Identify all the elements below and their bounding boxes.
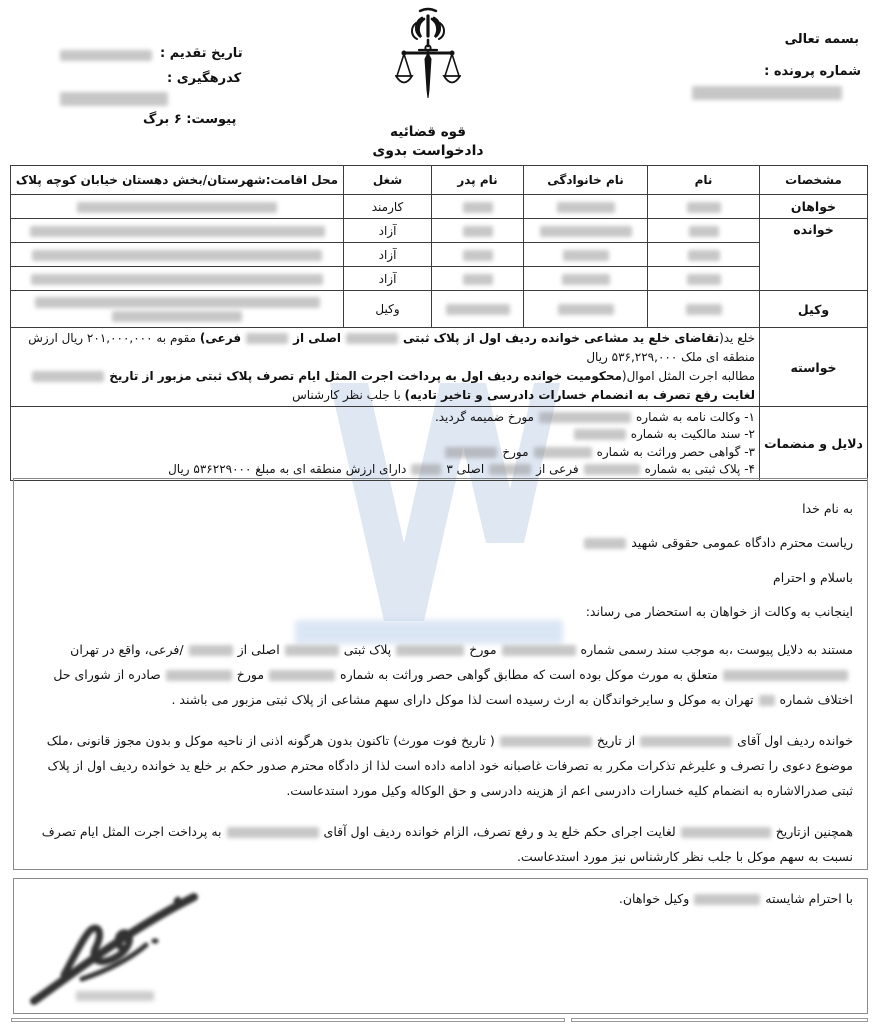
first-name-redacted [648, 219, 760, 243]
bottom-cutoff-strip-right [571, 1018, 868, 1022]
first-name-redacted [648, 291, 760, 328]
signature-caption-redacted [76, 991, 154, 1001]
submission-date-redacted [60, 50, 152, 61]
table-row-defendant-1: خوانده آزاد [11, 219, 868, 243]
col-header-father-name: نام پدر [432, 166, 524, 195]
residence-redacted [11, 291, 344, 328]
claim-line1-bold3: فرعی) [200, 331, 241, 345]
bismillah: بسمه تعالی [785, 32, 859, 47]
paragraph-1: مستند به دلایل پیوست ،به موجب سند رسمی ش… [24, 637, 853, 712]
claim-line2-pre: مطالبه اجرت المثل اموال( [622, 369, 755, 383]
evidence-redacted [584, 464, 640, 475]
p1-redacted [189, 645, 233, 656]
occupation-value: آزاد [344, 243, 432, 267]
last-name-redacted [524, 291, 648, 328]
table-row-defendant-3: آزاد [11, 267, 868, 291]
col-header-occupation: شغل [344, 166, 432, 195]
addressee-redacted [584, 538, 626, 549]
p1-redacted [723, 670, 848, 681]
attachments-label: پیوست: ۶ برگ [143, 112, 236, 127]
bottom-cutoff-strip-left [11, 1018, 565, 1022]
submission-date-label: تاریخ تقدیم : [160, 46, 243, 61]
paragraph-3: همچنین ازتاریخلغایت اجرای حکم خلع ید و ر… [24, 819, 853, 869]
p1-redacted [269, 670, 335, 681]
claim-line2-post: با جلب نظر کارشناس [292, 388, 401, 402]
p1-redacted [396, 645, 464, 656]
col-header-first-name: نام [648, 166, 760, 195]
tracking-code-label: کدرهگیری : [167, 71, 241, 86]
last-name-redacted [524, 267, 648, 291]
p3-redacted [227, 827, 319, 838]
claim-text: خلع ید(تقاضای خلع ید مشاعی خوانده ردیف ا… [11, 328, 760, 407]
occupation-value: آزاد [344, 219, 432, 243]
p1-redacted [166, 670, 232, 681]
addressee-line: ریاست محترم دادگاه عمومی حقوقی شهید [24, 533, 853, 552]
row-label: خواهان [760, 195, 868, 219]
table-header-row: مشخصات نام نام خانوادگی نام پدر شغل محل … [11, 166, 868, 195]
evidence-item-3: ۳- گواهی حصر وراثت به شمارهمورخ [15, 444, 755, 462]
row-label: خوانده [760, 219, 868, 291]
authority-title: قوه قضائیه [358, 124, 498, 140]
salutation: باسلام و احترام [24, 568, 853, 587]
claim-label: خواسته [760, 328, 868, 407]
petition-document: بسمه تعالی شماره پرونده : تاریخ تقدیم : … [0, 0, 879, 1024]
p2-redacted [640, 736, 732, 747]
residence-redacted [11, 243, 344, 267]
first-name-redacted [648, 195, 760, 219]
claim-redacted-2 [246, 333, 288, 344]
claim-row: خواسته خلع ید(تقاضای خلع ید مشاعی خوانده… [11, 328, 868, 407]
father-name-redacted [432, 243, 524, 267]
father-name-redacted [432, 219, 524, 243]
evidence-row: دلایل و منضمات ۱- وکالت نامه به شمارهمور… [11, 407, 868, 481]
p1-redacted [759, 695, 775, 706]
p1-redacted [502, 645, 576, 656]
first-name-redacted [648, 267, 760, 291]
intro-line: اینجانب به وکالت از خواهان به استحضار می… [24, 602, 853, 621]
residence-redacted [11, 267, 344, 291]
evidence-redacted [489, 464, 531, 475]
father-name-redacted [432, 195, 524, 219]
residence-redacted [11, 195, 344, 219]
signature-box [13, 878, 868, 1014]
evidence-redacted [539, 412, 631, 423]
tracking-code-redacted [60, 92, 168, 106]
claim-line2-bold1: محکومیت خوانده ردیف اول به پرداخت اجرت ا… [109, 369, 622, 383]
p1-redacted [285, 645, 339, 656]
evidence-label: دلایل و منضمات [760, 407, 868, 481]
petition-body: به نام خدا ریاست محترم دادگاه عمومی حقوق… [13, 478, 868, 870]
evidence-redacted [574, 429, 626, 440]
occupation-value: وکیل [344, 291, 432, 328]
evidence-item-4: ۴- پلاک ثبتی به شمارهفرعی ازاصلی ۳دارای … [15, 461, 755, 479]
parties-table: مشخصات نام نام خانوادگی نام پدر شغل محل … [10, 165, 868, 481]
occupation-value: کارمند [344, 195, 432, 219]
evidence-redacted [445, 447, 497, 458]
evidence-item-1: ۱- وکالت نامه به شمارهمورخ ضمیمه گردید. [15, 409, 755, 427]
header-emblem-block: قوه قضائیه دادخواست بدوی [358, 6, 498, 159]
paragraph-2: خوانده ردیف اول آقایاز تاریخ( تاریخ فوت … [24, 728, 853, 803]
claim-redacted-1 [346, 333, 398, 344]
evidence-redacted [411, 464, 441, 475]
father-name-redacted [432, 267, 524, 291]
claim-redacted-3 [32, 371, 104, 382]
claim-line1-pre: خلع ید( [719, 331, 755, 345]
judiciary-emblem-icon [395, 6, 461, 118]
claim-line1-bold1: تقاضای خلع ید مشاعی خوانده ردیف اول از پ… [403, 331, 719, 345]
row-label: وکیل [760, 291, 868, 328]
father-name-redacted [432, 291, 524, 328]
evidence-list: ۱- وکالت نامه به شمارهمورخ ضمیمه گردید. … [11, 407, 760, 481]
document-title: دادخواست بدوی [358, 143, 498, 159]
occupation-value: آزاد [344, 267, 432, 291]
first-name-redacted [648, 243, 760, 267]
p2-redacted [500, 736, 592, 747]
col-header-id: مشخصات [760, 166, 868, 195]
last-name-redacted [524, 195, 648, 219]
table-row-plaintiff: خواهان کارمند [11, 195, 868, 219]
last-name-redacted [524, 219, 648, 243]
last-name-redacted [524, 243, 648, 267]
evidence-item-2: ۲- سند مالکیت به شماره [15, 426, 755, 444]
invocation: به نام خدا [24, 499, 853, 518]
table-row-lawyer: وکیل وکیل [11, 291, 868, 328]
claim-line1-bold2: اصلی از [293, 331, 341, 345]
claim-line2-bold2: لغایت رفع تصرف به انضمام خسارات دادرسی و… [404, 388, 755, 402]
p3-redacted [681, 827, 771, 838]
evidence-redacted [534, 447, 592, 458]
case-number-redacted [692, 86, 842, 100]
col-header-residence: محل اقامت:شهرستان/بخش دهستان خیابان کوچه… [11, 166, 344, 195]
residence-redacted [11, 219, 344, 243]
col-header-last-name: نام خانوادگی [524, 166, 648, 195]
table-row-defendant-2: آزاد [11, 243, 868, 267]
case-number-label: شماره پرونده : [764, 64, 861, 79]
